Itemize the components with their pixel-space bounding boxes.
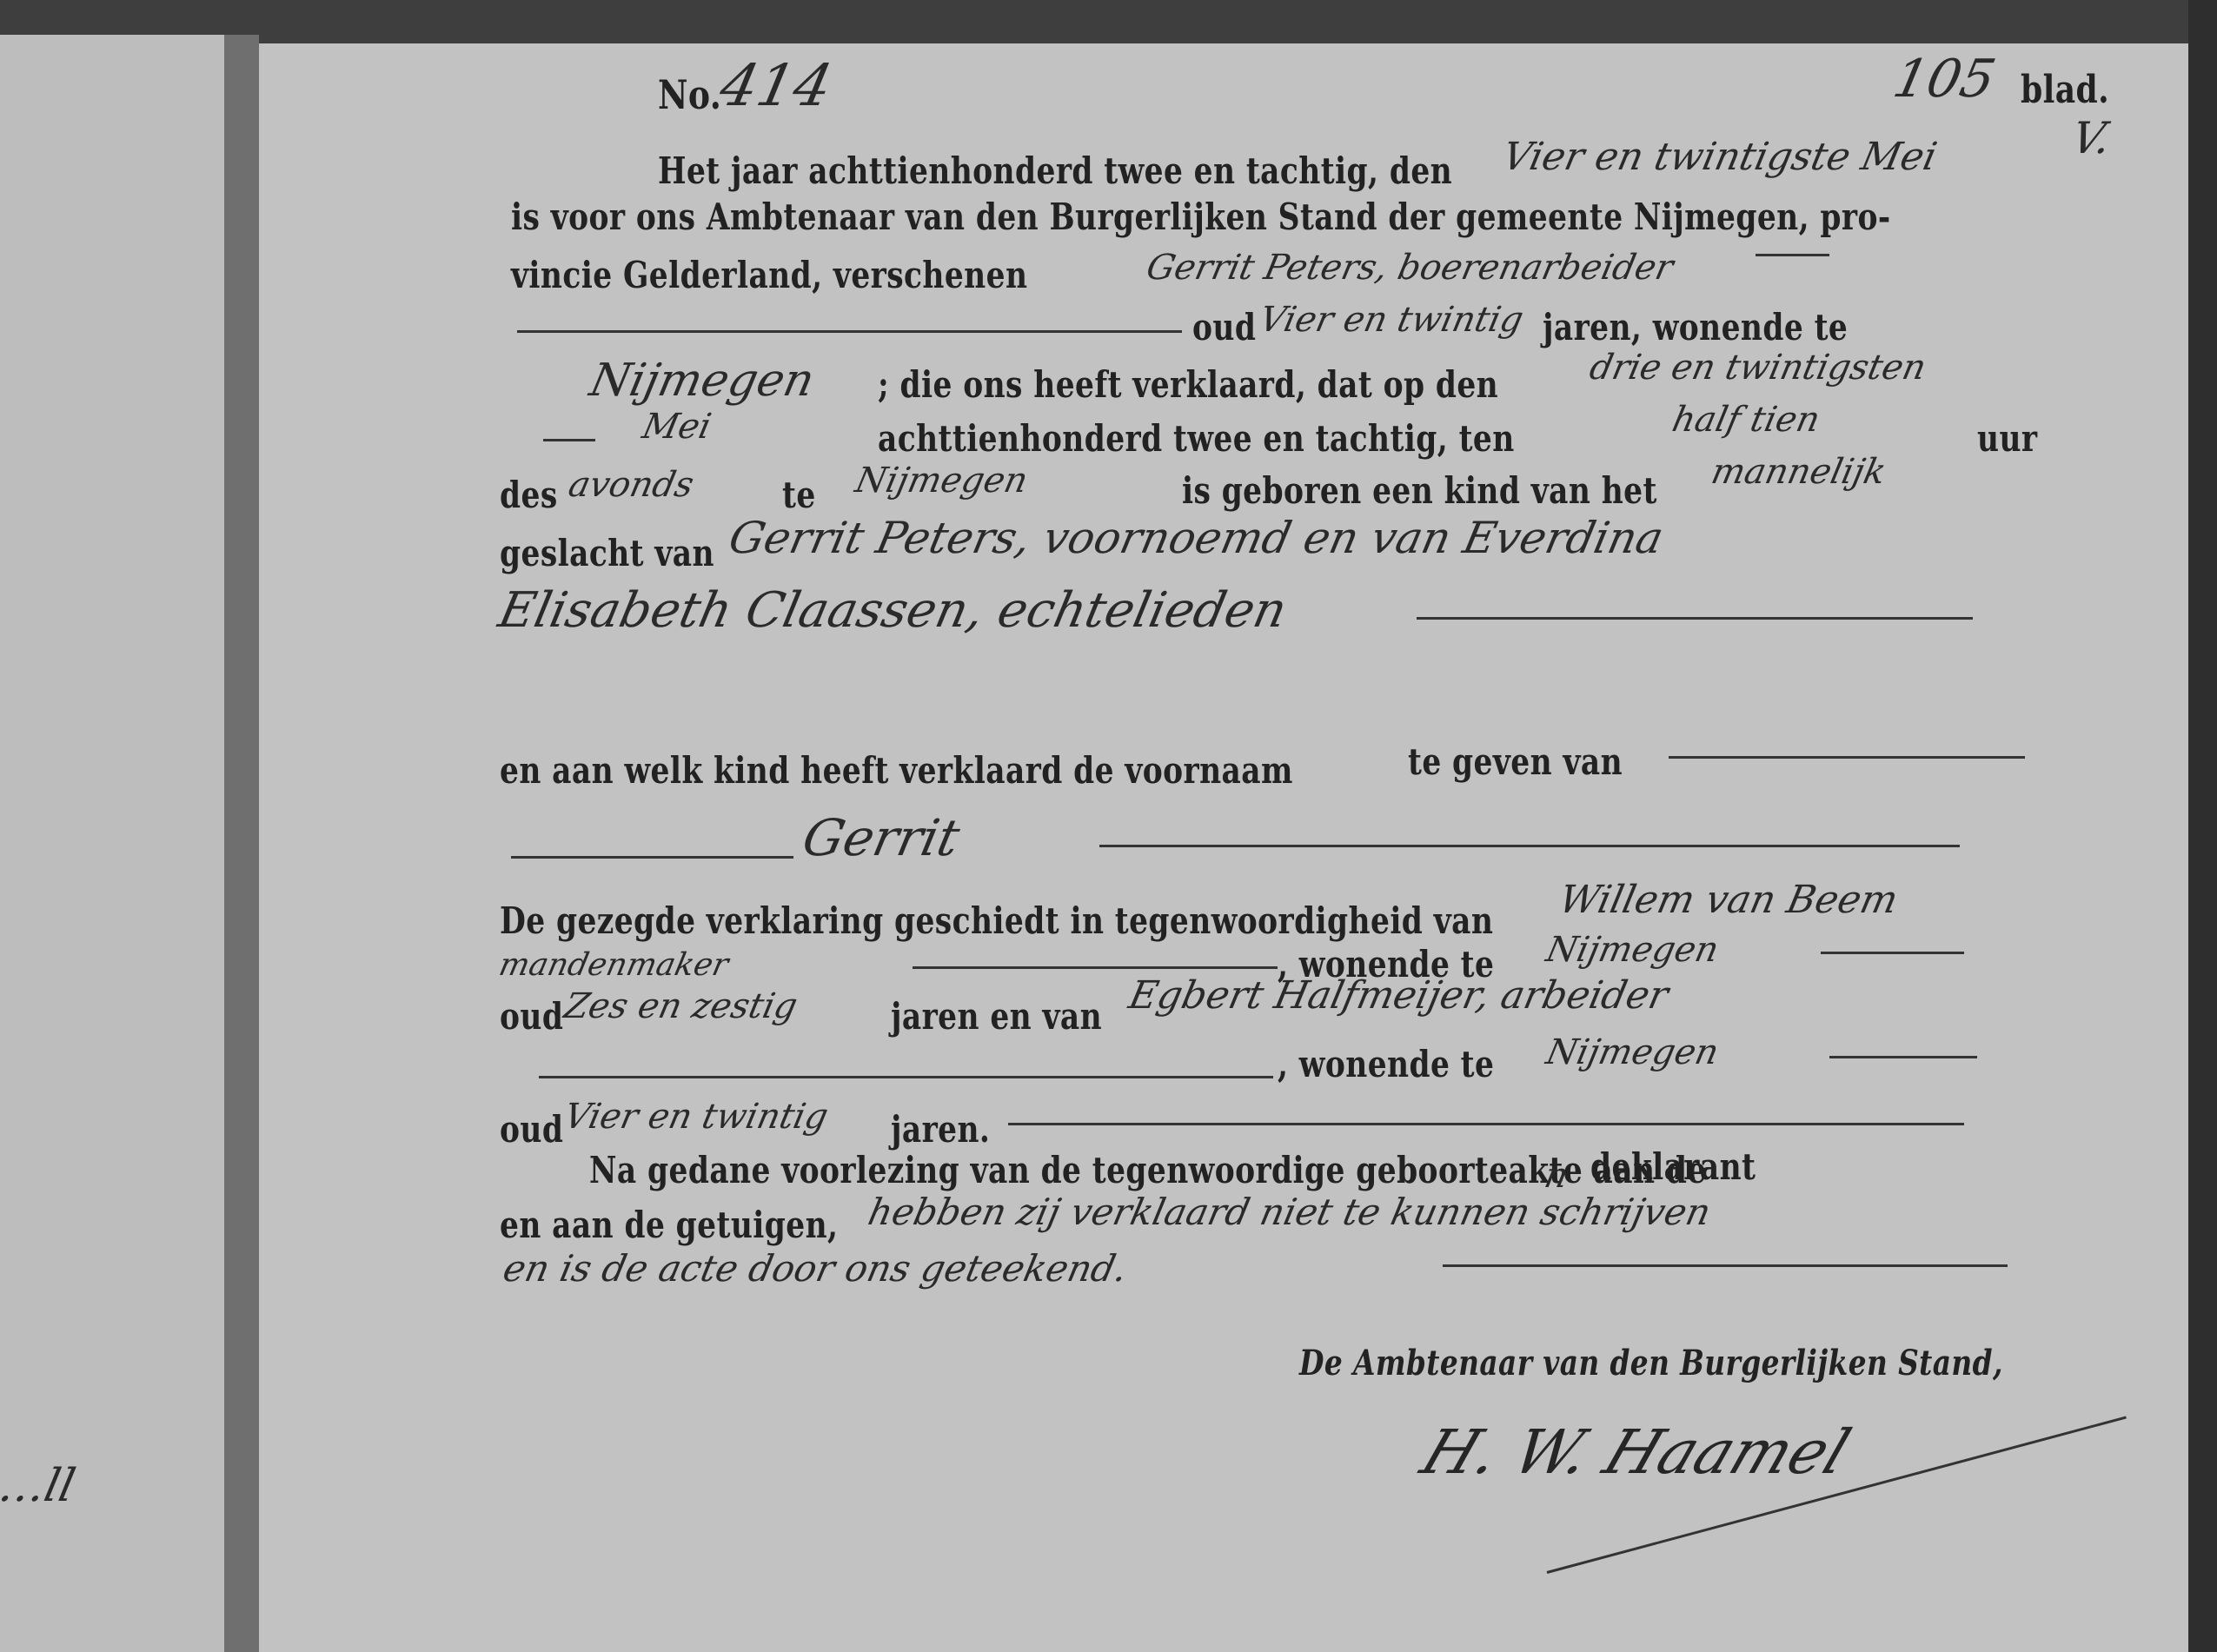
birth-daypart: avonds [565, 465, 697, 505]
witness2-age: Vier en twintig [561, 1097, 832, 1137]
birth-day: drie en twintigsten [1586, 348, 1929, 388]
page-label: blad. [2021, 68, 2109, 112]
official-title: De Ambtenaar van den Burgerlijken Stand, [1299, 1343, 2003, 1383]
fill-line [539, 1076, 1273, 1078]
line1-printed: Het jaar achttienhonderd twee en tachtig… [658, 149, 1452, 192]
line17-printed2: deklarant [1590, 1145, 1756, 1188]
official-signature: H. W. Haamel [1412, 1416, 1859, 1488]
birth-time: half tien [1669, 400, 1823, 440]
witness1-name: Willem van Beem [1556, 878, 1902, 922]
line12-printed: De gezegde verklaring geschiedt in tegen… [500, 899, 1493, 942]
line2-printed: is voor ons Ambtenaar van den Burgerlijk… [511, 196, 1891, 238]
book-gutter [224, 35, 259, 1652]
witness1-age: Zes en zestig [561, 986, 800, 1026]
fill-line [1099, 845, 1960, 847]
parents-line2: Elisabeth Claassen, echtelieden [494, 582, 1291, 639]
line6-uur: uur [1977, 417, 2037, 460]
fill-line [1417, 617, 1973, 620]
fill-line [511, 856, 793, 859]
line17-printed: Na gedane voorlezing van de tegenwoordig… [589, 1149, 1707, 1191]
fill-line [913, 966, 1278, 969]
line15-printed: , wonende te [1278, 1043, 1494, 1085]
record-number-label: No. [658, 71, 721, 118]
page-number: 105 [1888, 49, 2001, 109]
fill-line [1829, 1056, 1977, 1058]
declarant-residence: Nijmegen [586, 355, 820, 407]
scanner-top-band [0, 0, 2217, 43]
witness1-residence: Nijmegen [1543, 930, 1722, 970]
line7-printed: is geboren een kind van het [1182, 469, 1657, 512]
fill-line [1756, 254, 1829, 256]
line14-printed: jaren en van [891, 995, 1102, 1038]
fill-line [517, 330, 1182, 333]
witness1-occupation: mandenmaker [496, 947, 732, 983]
declarant-age: Vier en twintig [1256, 300, 1527, 340]
left-page: …ll [0, 35, 224, 1652]
declarant-name: Gerrit Peters, boerenarbeider [1143, 248, 1676, 288]
line6-printed: achttienhonderd twee en tachtig, ten [878, 417, 1515, 460]
line8-printed: geslacht van [500, 532, 714, 574]
line4-printed: jaren, wonende te [1543, 306, 1848, 348]
fill-line [1669, 756, 2025, 759]
line16-oud: oud [500, 1108, 563, 1151]
line16-printed: jaren. [891, 1108, 990, 1151]
child-sex: mannelijk [1708, 452, 1889, 492]
line18-printed: en aan de getuigen, [500, 1204, 838, 1246]
line7-te: te [782, 474, 816, 516]
child-first-name: Gerrit [798, 808, 965, 867]
line10-printed: en aan welk kind heeft verklaard de voor… [500, 749, 1293, 792]
right-edge [2188, 0, 2217, 1652]
witness2-name: Egbert Halfmeijer, arbeider [1125, 973, 1672, 1018]
record-number: 414 [714, 52, 838, 119]
fill-line [543, 439, 595, 441]
line4-oud: oud [1192, 306, 1256, 348]
line10-printed2: te geven van [1408, 740, 1623, 783]
line7-des: des [500, 474, 558, 516]
signing-statement: hebben zij verklaard niet te kunnen schr… [865, 1191, 1715, 1233]
line14-oud: oud [500, 995, 563, 1038]
line5-printed: ; die ons heeft verklaard, dat op den [878, 363, 1498, 406]
fill-line [1821, 952, 1964, 954]
line3-printed: vincie Gelderland, verschenen [511, 254, 1027, 296]
left-page-fragment: …ll [0, 1460, 80, 1512]
birth-place: Nijmegen [852, 461, 1032, 501]
signing-statement-cont: en is de acte door ons geteekend. [500, 1247, 1132, 1290]
fill-line [1008, 1123, 1964, 1125]
birth-month: Mei [639, 407, 714, 447]
fill-line [1443, 1264, 2008, 1267]
witness2-residence: Nijmegen [1543, 1032, 1722, 1072]
line1-date: Vier en twintigste Mei [1499, 135, 1941, 179]
parents-line1: Gerrit Peters, voornoemd en van Everdina [725, 513, 1668, 563]
